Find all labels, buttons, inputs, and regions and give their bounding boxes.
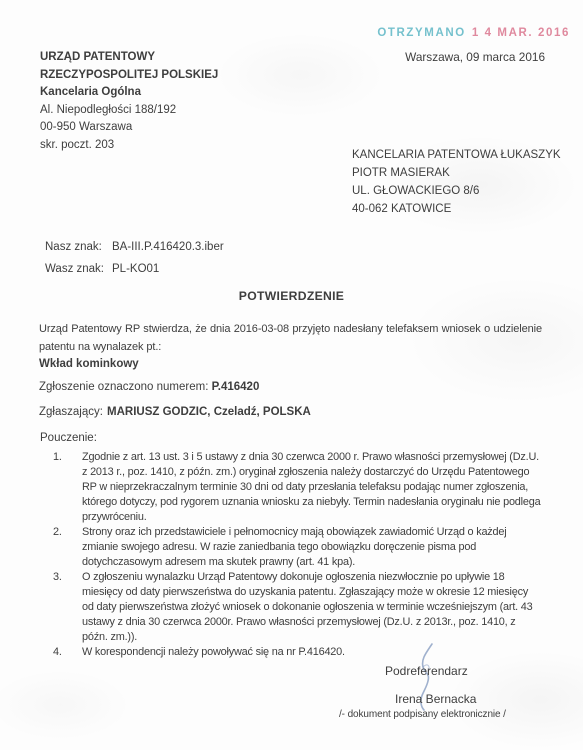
dateline: Warszawa, 09 marca 2016 xyxy=(405,50,545,64)
sender-city-line: 00-950 Warszawa xyxy=(40,119,218,137)
document-title: POTWIERDZENIE xyxy=(0,289,583,303)
sender-pobox-line: skr. poczt. 203 xyxy=(40,137,218,155)
sender-name-line: URZĄD PATENTOWY xyxy=(40,49,218,67)
received-stamp-date: 1 4 MAR. 2016 xyxy=(472,27,570,39)
application-number-label: Zgłoszenie oznaczono numerem: xyxy=(39,381,212,393)
electronic-signature-note: /- dokument podpisany elektronicznie / xyxy=(339,709,506,720)
recipient-address-block: KANCELARIA PATENTOWA ŁUKASZYK PIOTR MASI… xyxy=(352,146,561,218)
received-stamp: OTRZYMANO1 4 MAR. 2016 xyxy=(377,27,570,39)
signer-name: Irena Bernacka xyxy=(395,692,476,706)
application-number-value: P.416420 xyxy=(212,381,260,393)
notice-item: Strony oraz ich przedstawiciele i pełnom… xyxy=(39,525,541,570)
sender-name-line: RZECZYPOSPOLITEJ POLSKIEJ xyxy=(40,67,218,85)
intro-paragraph: Urząd Patentowy RP stwierdza, że dnia 20… xyxy=(39,321,542,356)
recipient-company-line: KANCELARIA PATENTOWA ŁUKASZYK xyxy=(352,146,561,164)
applicant-label: Zgłaszający: xyxy=(39,406,107,418)
our-reference-value: BA-III.P.416420.3.iber xyxy=(112,241,224,253)
our-reference-row: Nasz znak:BA-III.P.416420.3.iber xyxy=(45,236,224,258)
our-reference-label: Nasz znak: xyxy=(45,236,112,258)
application-number-row: Zgłoszenie oznaczono numerem: P.416420 xyxy=(39,381,259,393)
notice-list: Zgodnie z art. 13 ust. 3 i 5 ustawy z dn… xyxy=(39,450,541,660)
reference-numbers: Nasz znak:BA-III.P.416420.3.iber Wasz zn… xyxy=(45,236,224,280)
sender-street-line: Al. Niepodległości 188/192 xyxy=(40,102,218,120)
sender-department-line: Kancelaria Ogólna xyxy=(40,84,218,102)
recipient-street-line: UL. GŁOWACKIEGO 8/6 xyxy=(352,182,561,200)
recipient-person-line: PIOTR MASIERAK xyxy=(352,164,561,182)
notice-item: Zgodnie z art. 13 ust. 3 i 5 ustawy z dn… xyxy=(39,450,541,525)
document-page: OTRZYMANO1 4 MAR. 2016 Warszawa, 09 marc… xyxy=(0,0,583,750)
notice-heading: Pouczenie: xyxy=(40,432,97,444)
invention-title: Wkład kominkowy xyxy=(39,358,139,370)
recipient-city-line: 40-062 KATOWICE xyxy=(352,200,561,218)
applicant-row: Zgłaszający:MARIUSZ GODZIC, Czeladź, POL… xyxy=(39,406,311,418)
sender-address-block: URZĄD PATENTOWY RZECZYPOSPOLITEJ POLSKIE… xyxy=(40,49,218,154)
applicant-value: MARIUSZ GODZIC, Czeladź, POLSKA xyxy=(107,406,311,418)
your-reference-label: Wasz znak: xyxy=(45,258,112,280)
your-reference-row: Wasz znak:PL-KO01 xyxy=(45,258,224,280)
received-stamp-label: OTRZYMANO xyxy=(377,27,466,39)
signer-role: Podreferendarz xyxy=(385,664,468,678)
notice-item: W korespondencji należy powoływać się na… xyxy=(39,645,541,660)
your-reference-value: PL-KO01 xyxy=(112,263,159,275)
notice-item: O zgłoszeniu wynalazku Urząd Patentowy d… xyxy=(39,570,541,645)
